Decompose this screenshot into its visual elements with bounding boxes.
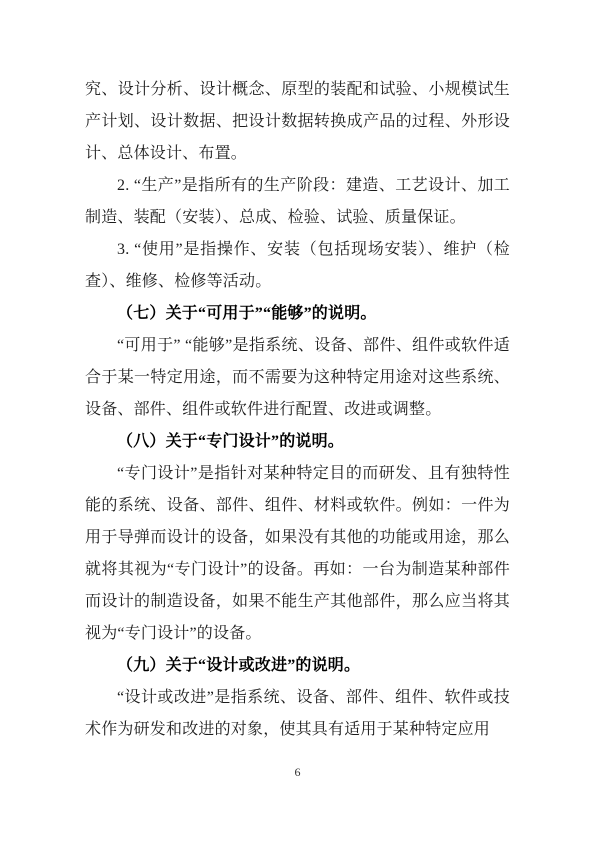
section-heading-9-designed-or-modified: （九）关于“设计或改进”的说明。 bbox=[85, 650, 510, 682]
paragraph-design-scope-continuation: 究、设计分析、设计概念、原型的装配和试验、小规模试生产计划、设计数据、把设计数据… bbox=[85, 74, 510, 170]
section-heading-8-specially-designed: （八）关于“专门设计”的说明。 bbox=[85, 426, 510, 458]
paragraph-definition-designed-or-modified: “设计或改进”是指系统、设备、部件、组件、软件或技术作为研发和改进的对象，使其具… bbox=[85, 682, 510, 746]
paragraph-definition-use: 3. “使用”是指操作、安装（包括现场安装）、维护（检查）、维修、检修等活动。 bbox=[85, 234, 510, 298]
paragraph-definition-usable-for: “可用于” “能够”是指系统、设备、部件、组件或软件适合于某一特定用途，而不需要… bbox=[85, 330, 510, 426]
paragraph-definition-production: 2. “生产”是指所有的生产阶段：建造、工艺设计、加工制造、装配（安装）、总成、… bbox=[85, 170, 510, 234]
document-page: 究、设计分析、设计概念、原型的装配和试验、小规模试生产计划、设计数据、把设计数据… bbox=[0, 0, 595, 841]
document-body: 究、设计分析、设计概念、原型的装配和试验、小规模试生产计划、设计数据、把设计数据… bbox=[85, 74, 510, 746]
paragraph-definition-specially-designed: “专门设计”是指针对某种特定目的而研发、且有独特性能的系统、设备、部件、组件、材… bbox=[85, 458, 510, 650]
section-heading-7-usable-for: （七）关于“可用于”“能够”的说明。 bbox=[85, 298, 510, 330]
page-number: 6 bbox=[0, 764, 595, 780]
